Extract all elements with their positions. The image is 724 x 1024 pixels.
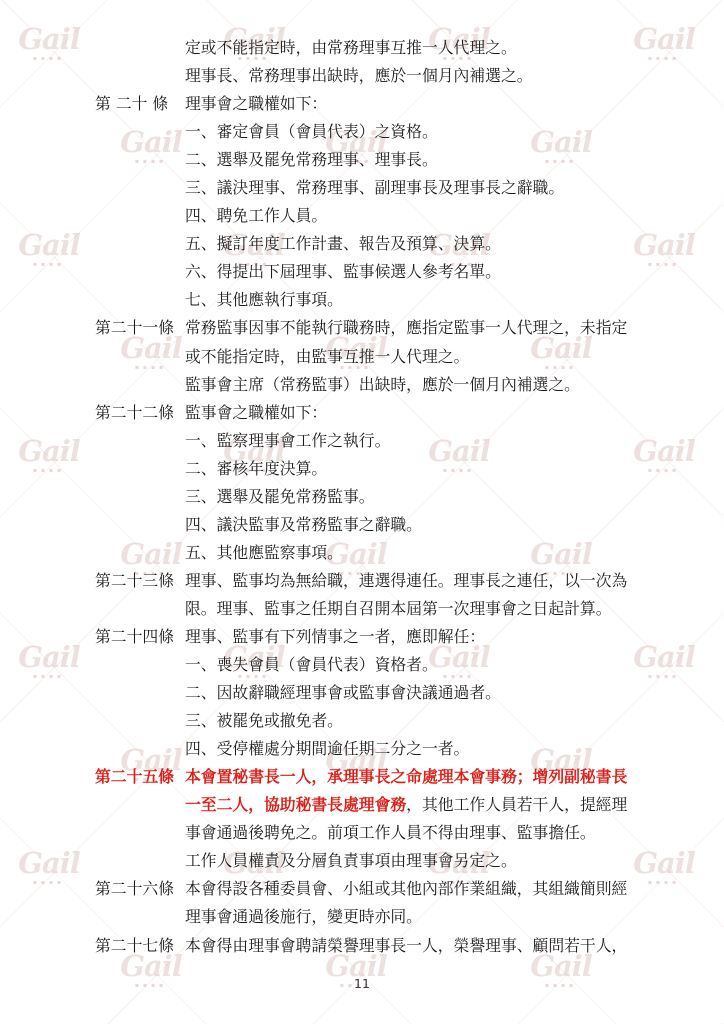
line-text: 本會得設各種委員會、小組或其他內部作業組織，其組織簡則經 (185, 875, 627, 903)
line-text: 限。理事、監事之任期自召開本屆第一次理事會之日起計算。 (185, 595, 612, 623)
line-segment: 一、監察理事會工作之執行。 (185, 431, 390, 450)
watermark-gail-text: Gail (10, 643, 88, 672)
article-number: 第二十二條 (95, 399, 175, 427)
watermark-subtext: ▪▪▪▪ (10, 880, 88, 886)
line-text: 三、選舉及罷免常務監事。 (185, 483, 375, 511)
watermark-subtext: ▪▪▪▪ (10, 262, 88, 268)
line-text: 工作人員權責及分層負責事項由理事會另定之。 (185, 847, 517, 875)
line-text: 二、因故辭職經理事會或監事會決議通過者。 (185, 679, 501, 707)
line-segment: 理事、監事有下列情事之一者，應即解任： (185, 627, 485, 646)
article-number: 第二十七條 (95, 932, 175, 960)
line-segment: 四、議決監事及常務監事之辭職。 (185, 515, 422, 534)
article-number: 第二十三條 (95, 567, 175, 595)
line-text: 四、受停權處分期間逾任期二分之一者。 (185, 735, 469, 763)
line-segment: 五、其他應監察事項。 (185, 543, 343, 562)
line-segment: ，其他工作人員若干人，提經理 (406, 795, 627, 814)
line-text: 本會得由理事會聘請榮譽理事長一人，榮譽理事、顧問若干人， (185, 932, 627, 960)
document-line: 第二十三條理事、監事均為無給職，連選得連任。理事長之連任，以一次為 (95, 567, 715, 595)
article-number: 第二十六條 (95, 875, 175, 903)
document-line: 第二十一條常務監事因事不能執行職務時，應指定監事一人代理之，未指定 (95, 314, 715, 342)
line-segment: 理事會通過後施行，變更時亦同。 (185, 907, 422, 926)
article-number: 第二十四條 (95, 623, 175, 651)
line-segment: 六、得提出下屆理事、監事候選人參考名單。 (185, 262, 501, 281)
line-segment: 三、被罷免或撤免者。 (185, 711, 343, 730)
document-line: 一、喪失會員（會員代表）資格者。 (95, 651, 715, 679)
article-number (95, 595, 175, 623)
watermark-subtext: ▪▪▪▪ (10, 56, 88, 62)
document-line: 第二十五條本會置秘書長一人，承理事長之命處理本會事務；增列副秘書長 (95, 763, 715, 791)
article-number (95, 511, 175, 539)
line-segment: 工作人員權責及分層負責事項由理事會另定之。 (185, 851, 517, 870)
line-text: 定或不能指定時，由常務理事互推一人代理之。 (185, 34, 517, 62)
watermark-gail-text: Gail (10, 437, 88, 466)
article-number (95, 707, 175, 735)
line-text: 本會置秘書長一人，承理事長之命處理本會事務；增列副秘書長 (185, 763, 627, 791)
line-text: 理事會通過後施行，變更時亦同。 (185, 903, 422, 931)
line-segment: 七、其他應執行事項。 (185, 290, 343, 309)
document-content: 定或不能指定時，由常務理事互推一人代理之。理事長、常務理事出缺時，應於一個月內補… (95, 34, 715, 960)
line-segment: 事會通過後聘免之。前項工作人員不得由理事、監事擔任。 (185, 823, 596, 842)
document-line: 四、受停權處分期間逾任期二分之一者。 (95, 735, 715, 763)
line-segment-red: 本會置秘書長一人，承理事長之命處理本會事務；增列副秘書長 (185, 767, 627, 786)
line-segment: 二、審核年度決算。 (185, 459, 327, 478)
article-number (95, 483, 175, 511)
line-text: 一、喪失會員（會員代表）資格者。 (185, 651, 438, 679)
document-line: 定或不能指定時，由常務理事互推一人代理之。 (95, 34, 715, 62)
document-line: 七、其他應執行事項。 (95, 286, 715, 314)
line-text: 二、選舉及罷免常務理事、理事長。 (185, 146, 438, 174)
document-line: 二、選舉及罷免常務理事、理事長。 (95, 146, 715, 174)
line-text: 六、得提出下屆理事、監事候選人參考名單。 (185, 258, 501, 286)
line-text: 事會通過後聘免之。前項工作人員不得由理事、監事擔任。 (185, 819, 596, 847)
line-text: 四、聘免工作人員。 (185, 202, 327, 230)
article-number: 第二十一條 (95, 314, 175, 342)
document-line: 事會通過後聘免之。前項工作人員不得由理事、監事擔任。 (95, 819, 715, 847)
article-number (95, 455, 175, 483)
line-text: 常務監事因事不能執行職務時，應指定監事一人代理之，未指定 (185, 314, 627, 342)
line-text: 五、其他應監察事項。 (185, 539, 343, 567)
document-line: 第 二十 條理事會之職權如下： (95, 90, 715, 118)
line-segment: 理事長、常務理事出缺時，應於一個月內補選之。 (185, 66, 533, 85)
watermark-subtext: ▪▪▪▪ (10, 468, 88, 474)
article-number (95, 230, 175, 258)
line-text: 四、議決監事及常務監事之辭職。 (185, 511, 422, 539)
line-text: 一至二人，協助秘書長處理會務，其他工作人員若干人，提經理 (185, 791, 627, 819)
document-line: 工作人員權責及分層負責事項由理事會另定之。 (95, 847, 715, 875)
document-line: 第二十六條本會得設各種委員會、小組或其他內部作業組織，其組織簡則經 (95, 875, 715, 903)
line-text: 三、議決理事、常務理事、副理事長及理事長之辭職。 (185, 174, 564, 202)
line-text: 一、審定會員（會員代表）之資格。 (185, 118, 438, 146)
document-line: 第二十二條監事會之職權如下： (95, 399, 715, 427)
line-segment: 本會得設各種委員會、小組或其他內部作業組織，其組織簡則經 (185, 879, 627, 898)
line-text: 理事會之職權如下： (185, 90, 327, 118)
article-number (95, 735, 175, 763)
article-number (95, 371, 175, 399)
document-line: 四、聘免工作人員。 (95, 202, 715, 230)
article-number (95, 819, 175, 847)
line-segment: 二、因故辭職經理事會或監事會決議通過者。 (185, 683, 501, 702)
article-number: 第 二十 條 (95, 90, 175, 118)
document-line: 監事會主席（常務監事）出缺時，應於一個月內補選之。 (95, 371, 715, 399)
article-number (95, 903, 175, 931)
document-page: Gail▪▪▪▪Gail▪▪▪▪Gail▪▪▪▪Gail▪▪▪▪Gail▪▪▪▪… (0, 0, 724, 1024)
watermark-gail: Gail▪▪▪▪ (10, 643, 88, 680)
article-number (95, 258, 175, 286)
watermark-gail: Gail▪▪▪▪ (10, 437, 88, 474)
article-number (95, 174, 175, 202)
line-segment: 五、擬訂年度工作計畫、報告及預算、決算。 (185, 234, 501, 253)
document-line: 二、審核年度決算。 (95, 455, 715, 483)
watermark-gail-text: Gail (10, 25, 88, 54)
article-number (95, 847, 175, 875)
line-segment: 一、喪失會員（會員代表）資格者。 (185, 655, 438, 674)
article-number: 第二十五條 (95, 763, 175, 791)
line-segment: 監事會之職權如下： (185, 403, 327, 422)
document-line: 第二十四條理事、監事有下列情事之一者，應即解任： (95, 623, 715, 651)
line-segment-red: 一至二人，協助秘書長處理會務 (185, 795, 406, 814)
document-line: 限。理事、監事之任期自召開本屆第一次理事會之日起計算。 (95, 595, 715, 623)
document-line: 六、得提出下屆理事、監事候選人參考名單。 (95, 258, 715, 286)
line-text: 一、監察理事會工作之執行。 (185, 427, 390, 455)
article-number (95, 286, 175, 314)
article-number (95, 539, 175, 567)
line-segment: 常務監事因事不能執行職務時，應指定監事一人代理之，未指定 (185, 318, 627, 337)
line-segment: 理事、監事均為無給職，連選得連任。理事長之連任，以一次為 (185, 571, 627, 590)
line-segment: 一、審定會員（會員代表）之資格。 (185, 122, 438, 141)
line-segment: 本會得由理事會聘請榮譽理事長一人，榮譽理事、顧問若干人， (185, 936, 627, 955)
line-text: 理事、監事均為無給職，連選得連任。理事長之連任，以一次為 (185, 567, 627, 595)
line-segment: 監事會主席（常務監事）出缺時，應於一個月內補選之。 (185, 375, 580, 394)
watermark-gail: Gail▪▪▪▪ (10, 25, 88, 62)
line-text: 理事、監事有下列情事之一者，應即解任： (185, 623, 485, 651)
document-line: 一至二人，協助秘書長處理會務，其他工作人員若干人，提經理 (95, 791, 715, 819)
watermark-gail-text: Gail (10, 231, 88, 260)
line-text: 七、其他應執行事項。 (185, 286, 343, 314)
article-number (95, 202, 175, 230)
line-segment: 三、選舉及罷免常務監事。 (185, 487, 375, 506)
line-segment: 二、選舉及罷免常務理事、理事長。 (185, 150, 438, 169)
line-segment: 四、受停權處分期間逾任期二分之一者。 (185, 739, 469, 758)
line-text: 理事長、常務理事出缺時，應於一個月內補選之。 (185, 62, 533, 90)
line-segment: 定或不能指定時，由常務理事互推一人代理之。 (185, 38, 517, 57)
article-number (95, 427, 175, 455)
line-segment: 三、議決理事、常務理事、副理事長及理事長之辭職。 (185, 178, 564, 197)
document-line: 五、擬訂年度工作計畫、報告及預算、決算。 (95, 230, 715, 258)
watermark-gail-text: Gail (10, 849, 88, 878)
document-line: 第二十七條本會得由理事會聘請榮譽理事長一人，榮譽理事、顧問若干人， (95, 932, 715, 960)
article-number (95, 118, 175, 146)
document-line: 二、因故辭職經理事會或監事會決議通過者。 (95, 679, 715, 707)
article-number (95, 146, 175, 174)
article-number (95, 62, 175, 90)
line-text: 監事會之職權如下： (185, 399, 327, 427)
article-number (95, 343, 175, 371)
line-segment: 四、聘免工作人員。 (185, 206, 327, 225)
line-segment: 理事會之職權如下： (185, 94, 327, 113)
article-number (95, 791, 175, 819)
line-text: 三、被罷免或撤免者。 (185, 707, 343, 735)
document-line: 一、監察理事會工作之執行。 (95, 427, 715, 455)
page-number: 11 (0, 976, 724, 991)
line-text: 或不能指定時，由監事互推一人代理之。 (185, 343, 469, 371)
line-text: 五、擬訂年度工作計畫、報告及預算、決算。 (185, 230, 501, 258)
document-line: 一、審定會員（會員代表）之資格。 (95, 118, 715, 146)
document-line: 五、其他應監察事項。 (95, 539, 715, 567)
watermark-subtext: ▪▪▪▪ (10, 674, 88, 680)
line-text: 監事會主席（常務監事）出缺時，應於一個月內補選之。 (185, 371, 580, 399)
article-number (95, 34, 175, 62)
document-line: 三、議決理事、常務理事、副理事長及理事長之辭職。 (95, 174, 715, 202)
line-segment: 或不能指定時，由監事互推一人代理之。 (185, 347, 469, 366)
document-line: 四、議決監事及常務監事之辭職。 (95, 511, 715, 539)
document-line: 理事長、常務理事出缺時，應於一個月內補選之。 (95, 62, 715, 90)
document-line: 或不能指定時，由監事互推一人代理之。 (95, 343, 715, 371)
watermark-gail: Gail▪▪▪▪ (10, 849, 88, 886)
line-segment: 限。理事、監事之任期自召開本屆第一次理事會之日起計算。 (185, 599, 612, 618)
watermark-gail: Gail▪▪▪▪ (10, 231, 88, 268)
document-line: 三、被罷免或撤免者。 (95, 707, 715, 735)
article-number (95, 651, 175, 679)
line-text: 二、審核年度決算。 (185, 455, 327, 483)
document-line: 三、選舉及罷免常務監事。 (95, 483, 715, 511)
document-line: 理事會通過後施行，變更時亦同。 (95, 903, 715, 931)
article-number (95, 679, 175, 707)
